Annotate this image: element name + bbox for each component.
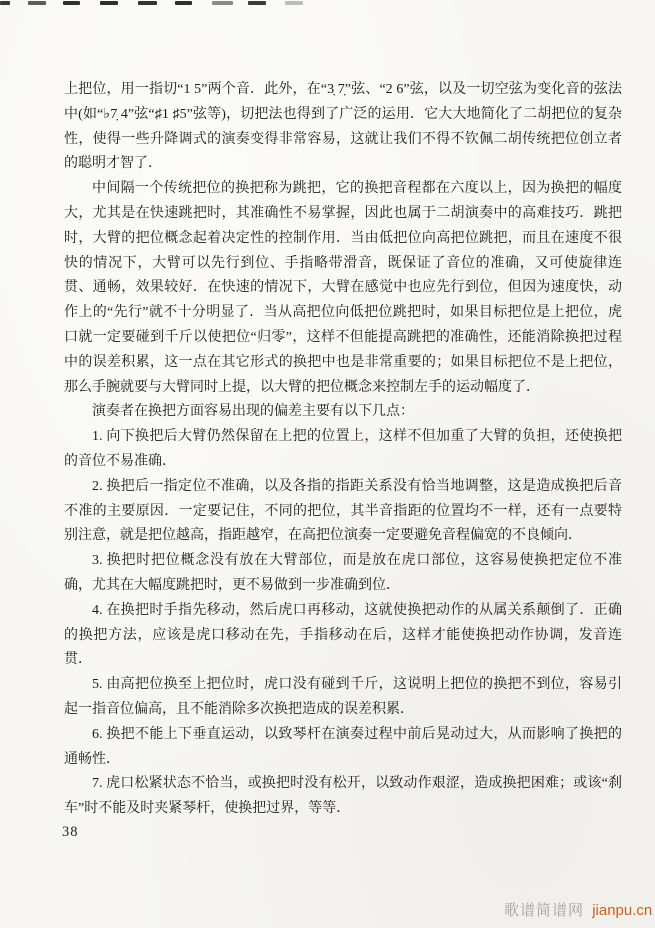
list-item-7: 7. 虎口松紧状态不恰当，或换把时没有松开，以致动作艰涩，造成换把困难；或该“刹… <box>64 772 622 822</box>
scan-mark-dash <box>248 1 266 5</box>
paragraph-intro-continuation: 上把位，用一指切“1 5”两个音．此外，在“3̣ 7̣”弦、“2 6”弦，以及一… <box>64 78 622 177</box>
watermark-site-name: 歌谱简谱网 <box>504 902 584 919</box>
list-item-1: 1. 向下换把后大臂仍然保留在上把的位置上，这样不但加重了大臂的负担，还使换把的… <box>64 425 622 475</box>
page-number: 38 <box>62 824 79 841</box>
paragraph-jump-shift: 中间隔一个传统把位的换把称为跳把，它的换把音程都在六度以上，因为换把的幅度大，尤… <box>64 177 622 400</box>
list-item-3: 3. 换把时把位概念没有放在大臂部位，而是放在虎口部位，这容易使换把定位不准确，… <box>64 549 622 599</box>
scan-mark-dash <box>138 1 157 5</box>
watermark-site-url: jianpu.cn <box>592 902 652 919</box>
scan-mark-dash <box>100 1 118 5</box>
scan-mark-dash <box>28 1 46 5</box>
article-body: 上把位，用一指切“1 5”两个音．此外，在“3̣ 7̣”弦、“2 6”弦，以及一… <box>64 78 622 822</box>
paragraph-deviations-intro: 演奏者在换把方面容易出现的偏差主要有以下几点： <box>64 400 622 425</box>
watermark: 歌谱简谱网 jianpu.cn <box>504 899 652 920</box>
scan-artifact-marks <box>0 0 303 6</box>
list-item-5: 5. 由高把位换至上把位时，虎口没有碰到千斤，这说明上把位的换把不到位，容易引起… <box>64 673 622 723</box>
list-item-6: 6. 换把不能上下垂直运动，以致琴杆在演奏过程中前后晃动过大，从而影响了换把的通… <box>64 723 622 773</box>
scan-mark-dash <box>175 1 192 5</box>
list-item-4: 4. 在换把时手指先移动，然后虎口再移动，这就使换把动作的从属关系颠倒了．正确的… <box>64 599 622 673</box>
scan-mark-dash <box>63 1 80 5</box>
list-item-2: 2. 换把后一指定位不准确，以及各指的指距关系没有恰当地调整，这是造成换把后音不… <box>64 475 622 549</box>
scanned-page: 上把位，用一指切“1 5”两个音．此外，在“3̣ 7̣”弦、“2 6”弦，以及一… <box>0 0 655 928</box>
scan-mark-dash <box>212 1 233 5</box>
scan-mark-dash <box>285 1 303 5</box>
scan-mark-dash <box>0 1 10 5</box>
